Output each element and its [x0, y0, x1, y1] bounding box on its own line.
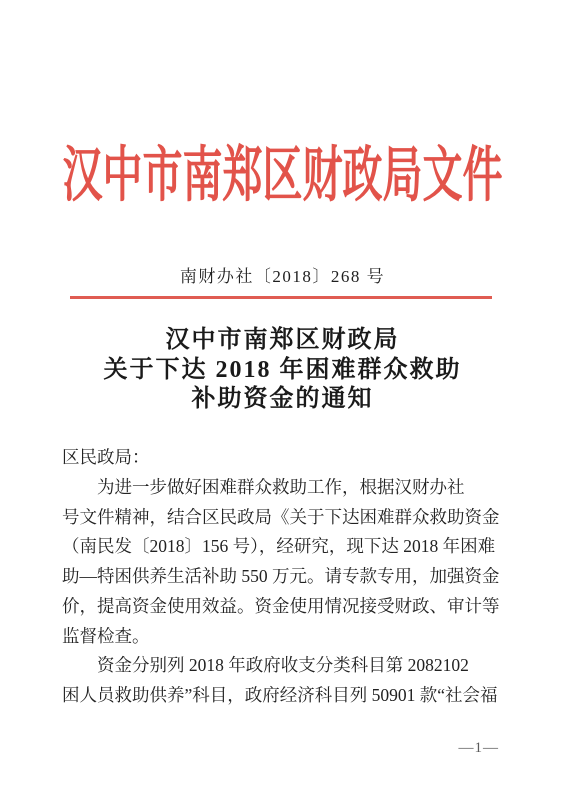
- body-line: 号文件精神，结合区民政局《关于下达困难群众救助资金的通知》: [62, 503, 506, 533]
- red-divider-line: [70, 296, 492, 299]
- body-line: 助—特困供养生活补助 550 万元。请专款专用，加强资金绩效评: [62, 562, 506, 592]
- document-title: 汉中市南郑区财政局 关于下达 2018 年困难群众救助 补助资金的通知: [0, 326, 565, 415]
- document-body: 区民政局： 为进一步做好困难群众救助工作，根据汉财办社〔2018〕219 号文件…: [62, 443, 506, 711]
- body-line: 价，提高资金使用效益。资金使用情况接受财政、审计等部门的: [62, 592, 506, 622]
- body-line: 监督检查。: [62, 622, 506, 652]
- agency-header-title: 汉中市南郑区财政局文件: [0, 146, 565, 206]
- document-page: 汉中市南郑区财政局文件 南财办社〔2018〕268 号 汉中市南郑区财政局 关于…: [0, 0, 565, 800]
- body-line: 困人员救助供养”科目，政府经济科目列 50901 款“社会福利和救: [62, 681, 506, 711]
- salutation: 区民政局：: [62, 443, 506, 473]
- title-line-2: 关于下达 2018 年困难群众救助: [0, 356, 565, 386]
- title-line-1: 汉中市南郑区财政局: [0, 326, 565, 356]
- body-line: 资金分别列 2018 年政府收支分类科目第 2082102 项“农村特: [62, 651, 506, 681]
- page-number: —1—: [459, 740, 500, 757]
- document-number: 南财办社〔2018〕268 号: [0, 262, 565, 287]
- title-line-3: 补助资金的通知: [0, 385, 565, 415]
- body-line: （南民发〔2018〕156 号），经研究，现下达 2018 年困难群众救: [62, 532, 506, 562]
- body-line: 为进一步做好困难群众救助工作，根据汉财办社〔2018〕219: [62, 473, 506, 503]
